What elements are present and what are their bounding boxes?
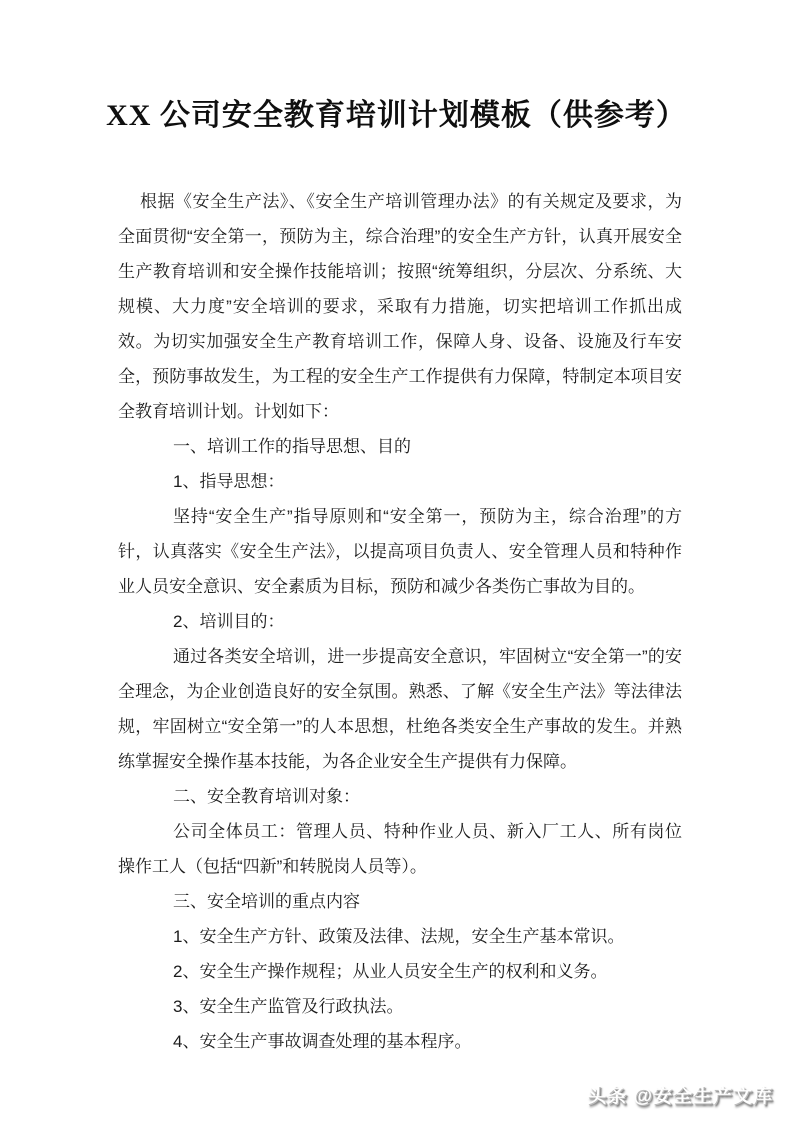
- list-item-1: 1、安全生产方针、政策及法律、法规，安全生产基本常识。: [118, 919, 682, 954]
- heading-section-2: 二、安全教育培训对象：: [118, 779, 682, 814]
- list-item-4: 4、安全生产事故调查处理的基本程序。: [118, 1024, 682, 1059]
- list-item-3: 3、安全生产监管及行政执法。: [118, 989, 682, 1024]
- heading-purpose: 2、培训目的：: [118, 604, 682, 639]
- document-page: XX 公司安全教育培训计划模板（供参考） 根据《安全生产法》、《安全生产培训管理…: [0, 0, 793, 1122]
- heading-guiding-idea: 1、指导思想：: [118, 464, 682, 499]
- document-body: 根据《安全生产法》、《安全生产培训管理办法》的有关规定及要求，为全面贯彻“安全第…: [118, 184, 682, 1059]
- list-item-2: 2、安全生产操作规程；从业人员安全生产的权利和义务。: [118, 954, 682, 989]
- heading-section-1: 一、培训工作的指导思想、目的: [118, 429, 682, 464]
- toutiao-watermark: 头条 @安全生产文库: [587, 1081, 773, 1108]
- paragraph-guiding-idea: 坚持“安全生产”指导原则和“安全第一，预防为主，综合治理”的方针，认真落实《安全…: [118, 499, 682, 604]
- paragraph-purpose: 通过各类安全培训，进一步提高安全意识，牢固树立“安全第一”的安全理念，为企业创造…: [118, 639, 682, 779]
- paragraph-trainees: 公司全体员工：管理人员、特种作业人员、新入厂工人、所有岗位操作工人（包括“四新”…: [118, 814, 682, 884]
- paragraph-intro: 根据《安全生产法》、《安全生产培训管理办法》的有关规定及要求，为全面贯彻“安全第…: [118, 184, 682, 429]
- heading-section-3: 三、安全培训的重点内容: [118, 884, 682, 919]
- document-title: XX 公司安全教育培训计划模板（供参考）: [0, 90, 793, 134]
